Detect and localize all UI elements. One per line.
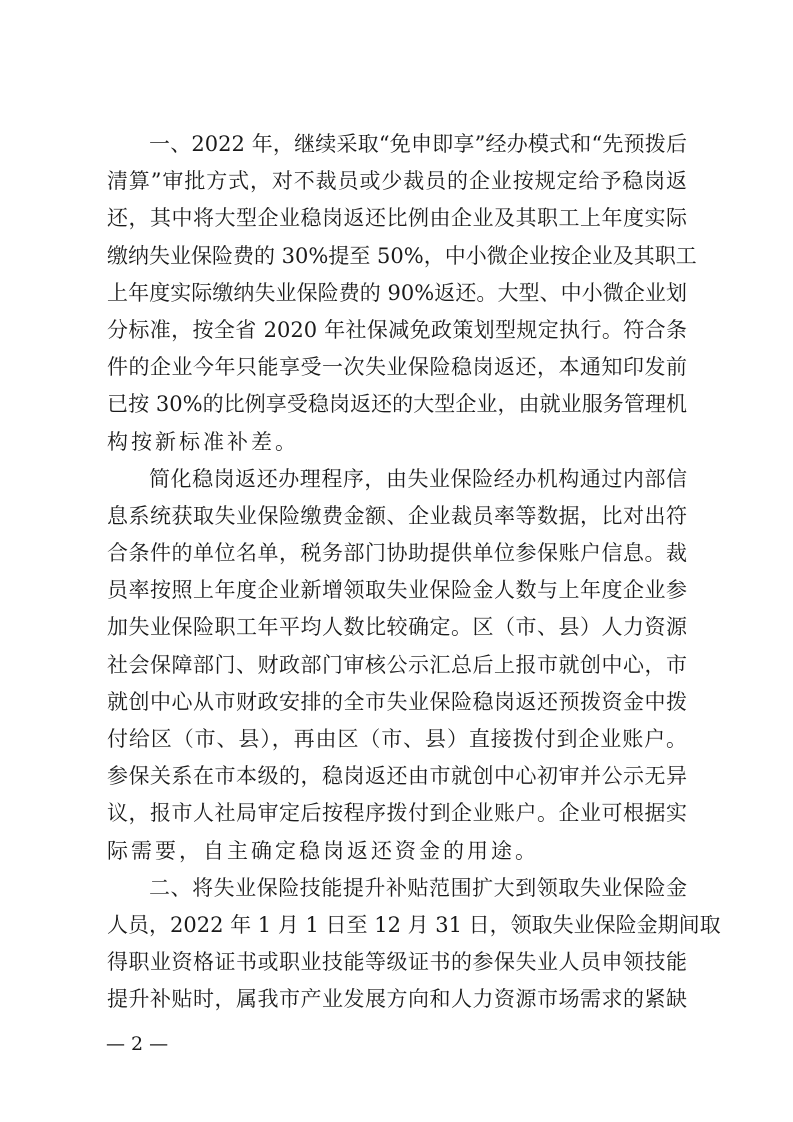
text-line: 件的企业今年只能享受一次失业保险稳岗返还，本通知印发前 — [107, 349, 687, 386]
body-text: 一、2022 年，继续采取“免申即享”经办模式和“先预拨后 清算”审批方式，对不… — [107, 126, 687, 1019]
text-line: 参保关系在市本级的，稳岗返还由市就创中心初审并公示无异 — [107, 758, 687, 795]
text-line: 清算”审批方式，对不裁员或少裁员的企业按规定给予稳岗返 — [107, 163, 687, 200]
document-page: 一、2022 年，继续采取“免申即享”经办模式和“先预拨后 清算”审批方式，对不… — [0, 0, 793, 1122]
text-line: 加失业保险职工年平均人数比较确定。区（市、县）人力资源 — [107, 609, 687, 646]
text-line: 还，其中将大型企业稳岗返还比例由企业及其职工上年度实际 — [107, 200, 687, 237]
text-line: 分标准，按全省 2020 年社保减免政策划型规定执行。符合条 — [107, 312, 687, 349]
text-line: 二、将失业保险技能提升补贴范围扩大到领取失业保险金 — [107, 870, 687, 907]
text-line: 就创中心从市财政安排的全市失业保险稳岗返还预拨资金中拨 — [107, 684, 687, 721]
text-line: 一、2022 年，继续采取“免申即享”经办模式和“先预拨后 — [107, 126, 687, 163]
text-line: 员率按照上年度企业新增领取失业保险金人数与上年度企业参 — [107, 572, 687, 609]
text-line: 上年度实际缴纳失业保险费的 90%返还。大型、中小微企业划 — [107, 275, 687, 312]
text-line: 息系统获取失业保险缴费金额、企业裁员率等数据，比对出符 — [107, 498, 687, 535]
text-line: 社会保障部门、财政部门审核公示汇总后上报市就创中心，市 — [107, 647, 687, 684]
page-number: — 2 — — [106, 1033, 168, 1055]
text-line: 已按 30%的比例享受稳岗返还的大型企业，由就业服务管理机 — [107, 386, 687, 423]
text-line: 得职业资格证书或职业技能等级证书的参保失业人员申领技能 — [107, 944, 687, 981]
text-line: 人员，2022 年 1 月 1 日至 12 月 31 日，领取失业保险金期间取 — [107, 907, 687, 944]
text-line: 构按新标准补差。 — [107, 424, 687, 461]
text-line: 际需要，自主确定稳岗返还资金的用途。 — [107, 833, 687, 870]
text-line: 付给区（市、县），再由区（市、县）直接拨付到企业账户。 — [107, 721, 687, 758]
text-line: 简化稳岗返还办理程序，由失业保险经办机构通过内部信 — [107, 461, 687, 498]
text-line: 提升补贴时，属我市产业发展方向和人力资源市场需求的紧缺 — [107, 981, 687, 1018]
text-line: 议，报市人社局审定后按程序拨付到企业账户。企业可根据实 — [107, 795, 687, 832]
text-line: 缴纳失业保险费的 30%提至 50%，中小微企业按企业及其职工 — [107, 238, 687, 275]
text-line: 合条件的单位名单，税务部门协助提供单位参保账户信息。裁 — [107, 535, 687, 572]
